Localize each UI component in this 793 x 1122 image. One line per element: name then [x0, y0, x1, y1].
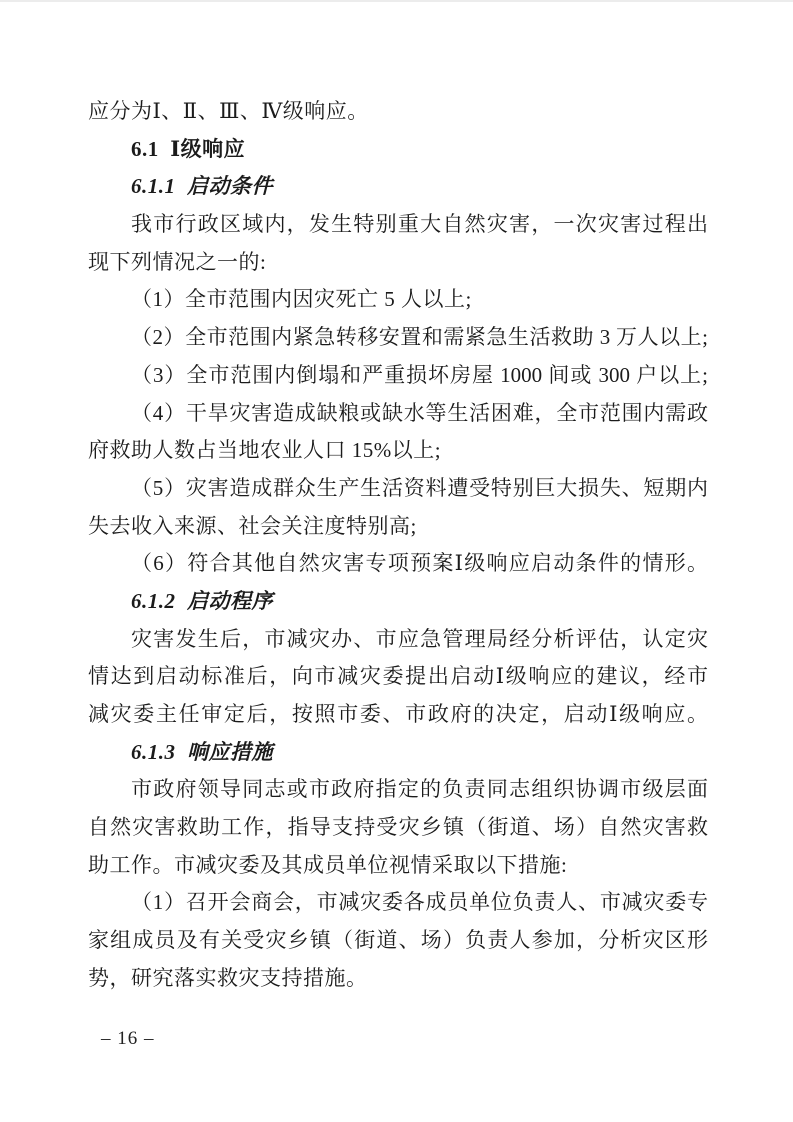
page-footer: – 16 – — [101, 1028, 155, 1050]
text-line: 失去收入来源、社会关注度特别高; — [88, 508, 708, 546]
text-line: 助工作。市减灾委及其成员单位视情采取以下措施: — [88, 847, 708, 885]
text-line: 6.1.3 响应措施 — [88, 734, 708, 772]
text-line: （5）灾害造成群众生产生活资料遭受特别巨大损失、短期内 — [88, 470, 708, 508]
text-line: 势，研究落实救灾支持措施。 — [88, 960, 708, 998]
document-page: { "page": { "background_color": "#ffffff… — [0, 0, 793, 1122]
text-line: （1）召开会商会，市减灾委各成员单位负责人、市减灾委专 — [88, 884, 708, 922]
text-line: 现下列情况之一的: — [88, 244, 708, 282]
text-line: （1）全市范围内因灾死亡 5 人以上; — [88, 281, 708, 319]
text-line: 我市行政区域内，发生特别重大自然灾害，一次灾害过程出 — [88, 206, 708, 244]
text-line: （4）干旱灾害造成缺粮或缺水等生活困难，全市范围内需政 — [88, 395, 708, 433]
text-line: （3）全市范围内倒塌和严重损坏房屋 1000 间或 300 户以上; — [88, 357, 708, 395]
text-line: （2）全市范围内紧急转移安置和需紧急生活救助 3 万人以上; — [88, 319, 708, 357]
text-line: 市政府领导同志或市政府指定的负责同志组织协调市级层面 — [88, 771, 708, 809]
text-line: 6.1 Ⅰ级响应 — [88, 131, 708, 169]
text-line: 应分为Ⅰ、Ⅱ、Ⅲ、Ⅳ级响应。 — [88, 93, 708, 131]
text-line: 6.1.1 启动条件 — [88, 168, 708, 206]
text-line: 府救助人数占当地农业人口 15%以上; — [88, 432, 708, 470]
text-line: 减灾委主任审定后，按照市委、市政府的决定，启动Ⅰ级响应。 — [88, 696, 708, 734]
document-body: 应分为Ⅰ、Ⅱ、Ⅲ、Ⅳ级响应。6.1 Ⅰ级响应6.1.1 启动条件我市行政区域内，… — [88, 93, 708, 998]
text-line: 灾害发生后，市减灾办、市应急管理局经分析评估，认定灾 — [88, 621, 708, 659]
text-line: （6）符合其他自然灾害专项预案Ⅰ级响应启动条件的情形。 — [88, 545, 708, 583]
page-number: – 16 – — [101, 1028, 155, 1049]
text-line: 情达到启动标准后，向市减灾委提出启动Ⅰ级响应的建议，经市 — [88, 658, 708, 696]
text-line: 家组成员及有关受灾乡镇（街道、场）负责人参加，分析灾区形 — [88, 922, 708, 960]
text-line: 自然灾害救助工作，指导支持受灾乡镇（街道、场）自然灾害救 — [88, 809, 708, 847]
text-line: 6.1.2 启动程序 — [88, 583, 708, 621]
